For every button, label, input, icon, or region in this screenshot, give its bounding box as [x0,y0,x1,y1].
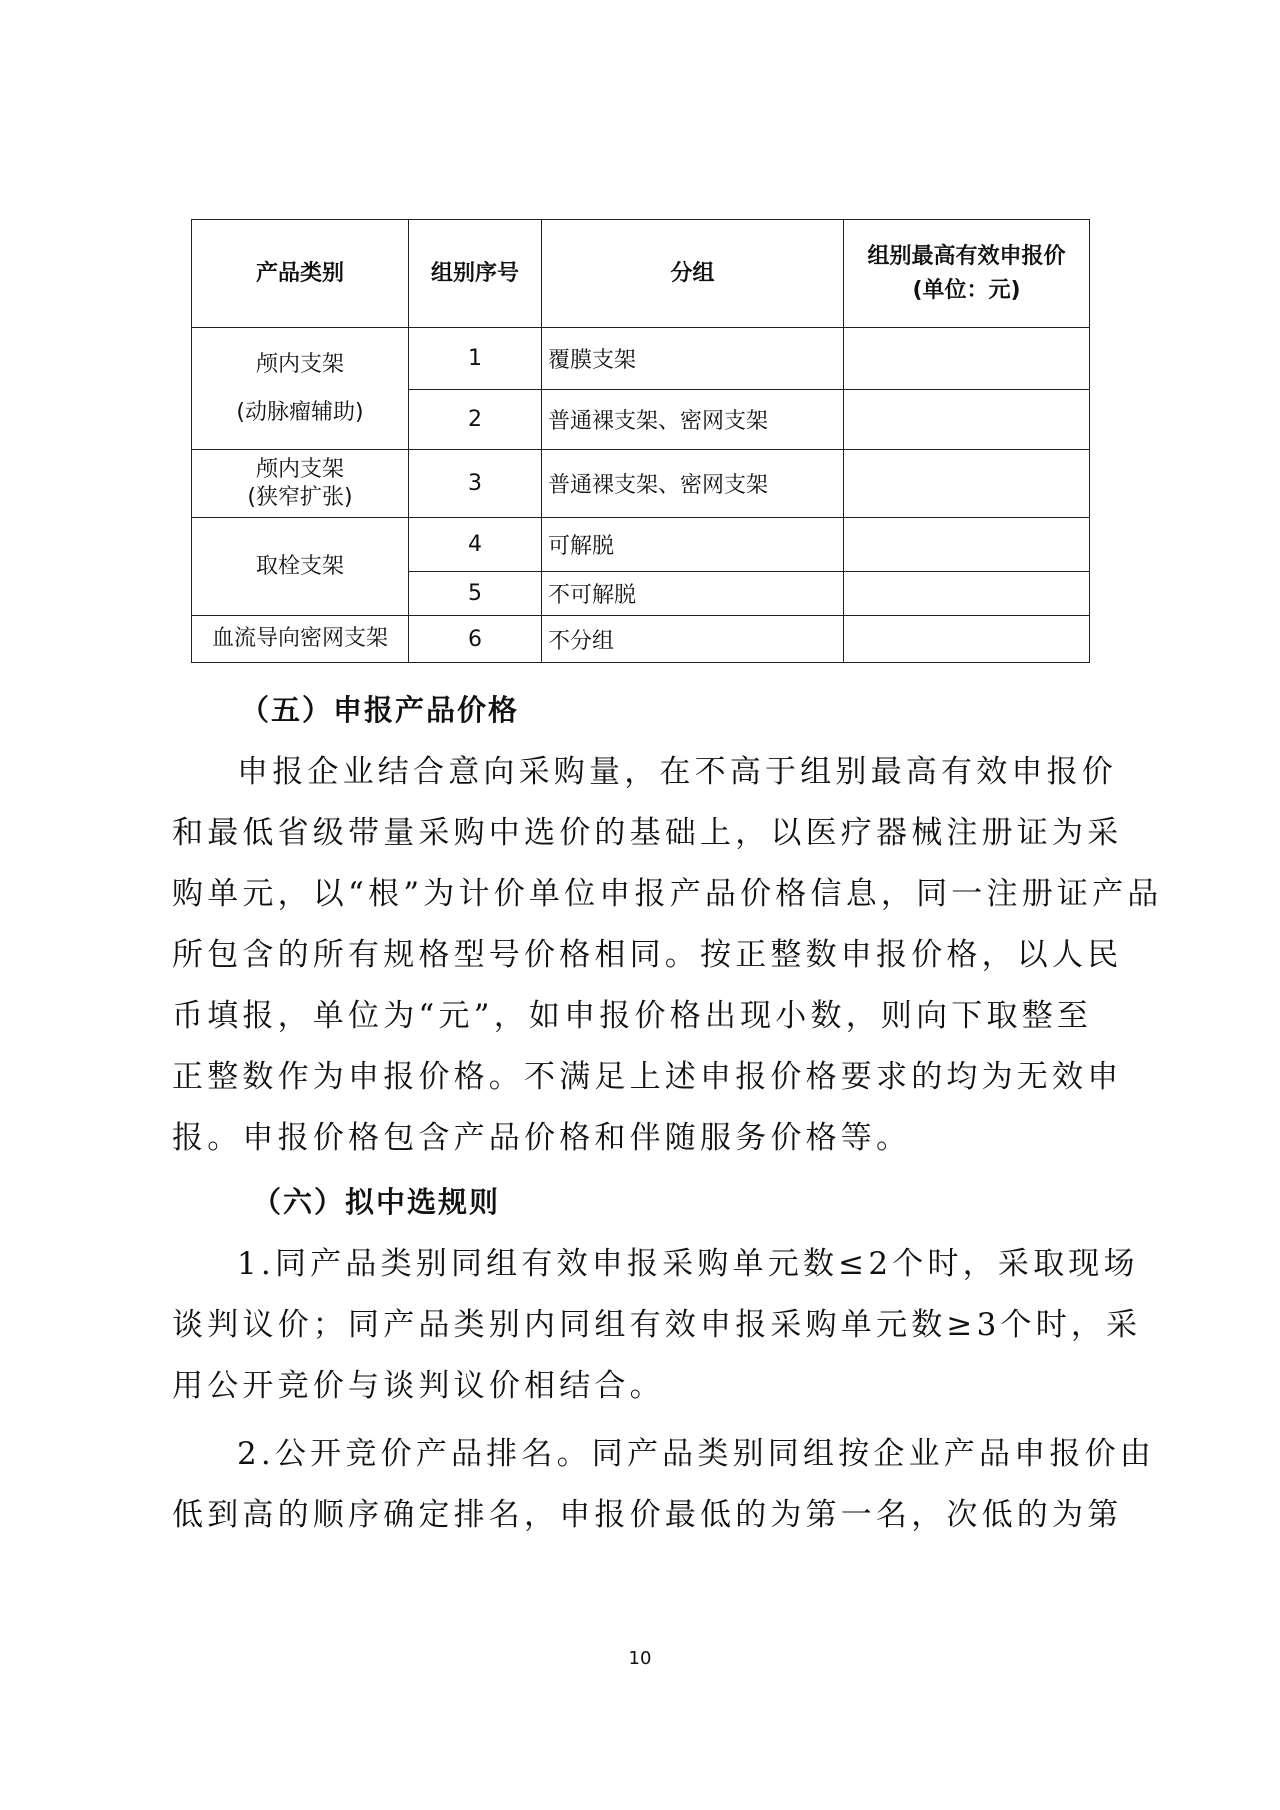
section-heading-6: （六）拟中选规则 [252,1180,500,1221]
table-row: 血流导向密网支架 6 不分组 [192,616,1090,663]
paragraph-line: 正整数作为申报价格。不满足上述申报价格要求的均为无效申 [172,1047,1122,1108]
paragraph-line: 低到高的顺序确定排名，申报价最低的为第一名，次低的为第 [172,1485,1122,1546]
paragraph-line: 用公开竞价与谈判议价相结合。 [172,1356,1122,1417]
paragraph-line: 报。申报价格包含产品价格和伴随服务价格等。 [172,1108,1122,1169]
table-row: 取栓支架 4 可解脱 [192,518,1090,572]
group-no-cell: 6 [409,616,542,663]
category-cell: 取栓支架 [192,518,409,616]
document-page: 产品类别 组别序号 分组 组别最高有效申报价 (单位：元) 颅内支架 (动脉瘤辅… [0,0,1280,1810]
header-max-price: 组别最高有效申报价 (单位：元) [844,220,1090,328]
paragraph-line: 2.公开竞价产品排名。同产品类别同组按企业产品申报价由 [237,1424,1187,1485]
category-cell: 颅内支架 (狭窄扩张) [192,450,409,518]
group-cell: 不分组 [542,616,844,663]
group-no-cell: 5 [409,572,542,616]
price-cell [844,518,1090,572]
group-no-cell: 1 [409,328,542,390]
group-cell: 普通裸支架、密网支架 [542,390,844,450]
header-group: 分组 [542,220,844,328]
paragraph-line: 1.同产品类别同组有效申报采购单元数≤2个时，采取现场 [237,1234,1187,1295]
paragraph-line: 币填报，单位为“元”，如申报价格出现小数，则向下取整至 [172,986,1122,1047]
group-cell: 覆膜支架 [542,328,844,390]
paragraph-line: 和最低省级带量采购中选价的基础上，以医疗器械注册证为采 [172,803,1122,864]
group-no-cell: 4 [409,518,542,572]
group-no-cell: 3 [409,450,542,518]
paragraph-line: 申报企业结合意向采购量，在不高于组别最高有效申报价 [237,742,1187,803]
price-cell [844,390,1090,450]
group-cell: 不可解脱 [542,572,844,616]
category-cell: 血流导向密网支架 [192,616,409,663]
table-row: 颅内支架 (动脉瘤辅助) 1 覆膜支架 [192,328,1090,390]
price-cell [844,616,1090,663]
group-no-cell: 2 [409,390,542,450]
header-category: 产品类别 [192,220,409,328]
group-cell: 可解脱 [542,518,844,572]
paragraph-line: 购单元，以“根”为计价单位申报产品价格信息，同一注册证产品 [172,864,1122,925]
group-price-table: 产品类别 组别序号 分组 组别最高有效申报价 (单位：元) 颅内支架 (动脉瘤辅… [191,219,1090,663]
table-row: 颅内支架 (狭窄扩张) 3 普通裸支架、密网支架 [192,450,1090,518]
table-header-row: 产品类别 组别序号 分组 组别最高有效申报价 (单位：元) [192,220,1090,328]
paragraph-line: 谈判议价；同产品类别内同组有效申报采购单元数≥3个时，采 [172,1295,1122,1356]
paragraph-line: 所包含的所有规格型号价格相同。按正整数申报价格，以人民 [172,925,1122,986]
price-cell [844,328,1090,390]
group-cell: 普通裸支架、密网支架 [542,450,844,518]
category-cell: 颅内支架 (动脉瘤辅助) [192,328,409,450]
price-cell [844,572,1090,616]
page-number: 10 [0,1648,1280,1669]
price-cell [844,450,1090,518]
section-heading-5: （五）申报产品价格 [240,688,519,729]
header-group-no: 组别序号 [409,220,542,328]
